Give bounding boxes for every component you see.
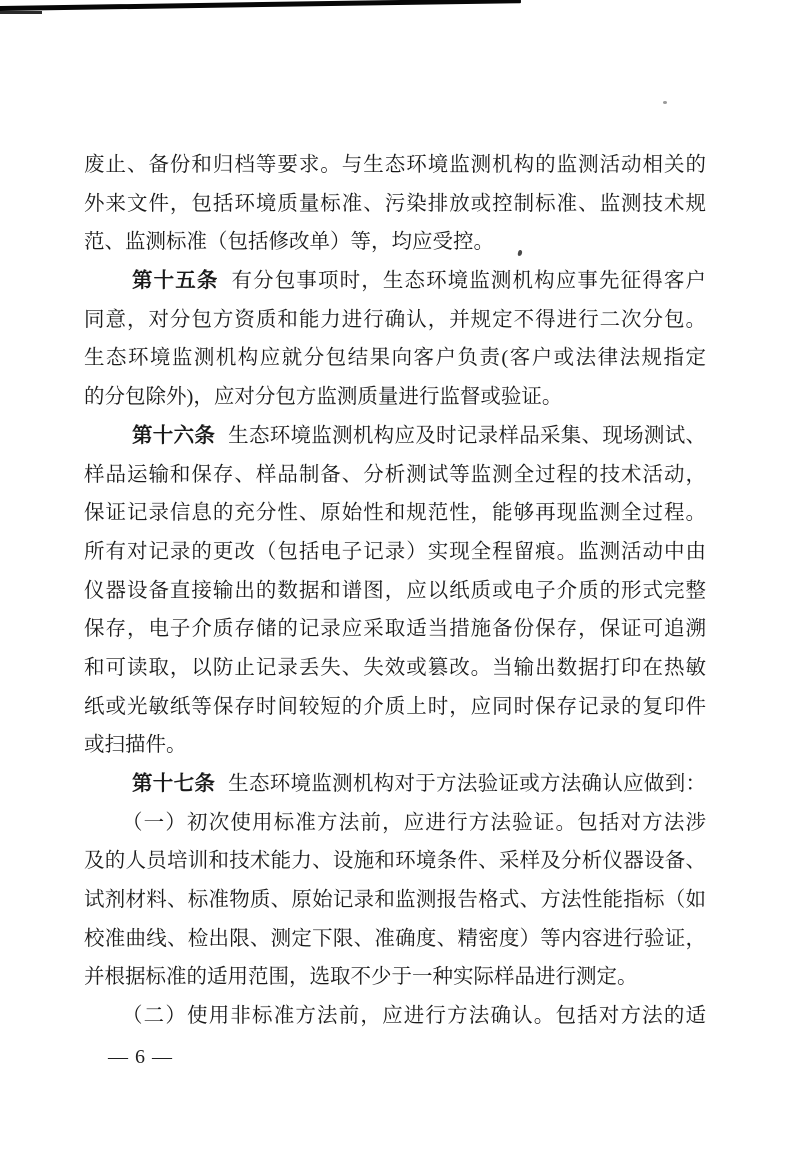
- article-line: 第十六条生态环境监测机构应及时记录样品采集、现场测试、: [84, 417, 706, 456]
- text-run: 生态环境监测机构应及时记录样品采集、现场测试、: [228, 425, 706, 447]
- text-run: 外来文件，包括环境质量标准、污染排放或控制标准、监测技术规: [84, 193, 706, 215]
- article-number-heading: 第十五条: [132, 269, 218, 292]
- text-run: 范、监测标准（包括修改单）等，均应受控。: [84, 231, 494, 253]
- text-run: （二）使用非标准方法前，应进行方法确认。包括对方法的适: [122, 1005, 706, 1027]
- scan-artifact-top-edge-line: [0, 0, 521, 10]
- text-line: 所有对记录的更改（包括电子记录）实现全程留痕。监测活动中由: [84, 533, 706, 572]
- article-number-heading: 第十七条: [132, 772, 215, 795]
- text-line: 及的人员培训和技术能力、设施和环境条件、采样及分析仪器设备、: [84, 842, 706, 881]
- text-line: 范、监测标准（包括修改单）等，均应受控。: [84, 223, 706, 262]
- text-line: （二）使用非标准方法前，应进行方法确认。包括对方法的适: [84, 997, 706, 1036]
- text-run: 样品运输和保存、样品制备、分析测试等监测全过程的技术活动，: [84, 464, 706, 486]
- text-run: 同意，对分包方资质和能力进行确认，并规定不得进行二次分包。: [84, 309, 706, 331]
- text-run: 仪器设备直接输出的数据和谱图，应以纸质或电子介质的形式完整: [84, 580, 706, 602]
- page-number: — 6 —: [108, 1044, 173, 1070]
- scan-artifact-top-edge-line-2: [0, 11, 42, 14]
- text-line: 的分包除外)，应对分包方监测质量进行监督或验证。: [84, 378, 706, 417]
- text-run: 试剂材料、标准物质、原始记录和监测报告格式、方法性能指标（如: [84, 889, 706, 911]
- text-line: 和可读取，以防止记录丢失、失效或篡改。当输出数据打印在热敏: [84, 649, 706, 688]
- text-run: 或扫描件。: [84, 734, 187, 756]
- text-run: 纸或光敏纸等保存时间较短的介质上时，应同时保存记录的复印件: [84, 696, 706, 718]
- article-line: 第十五条有分包事项时，生态环境监测机构应事先征得客户: [84, 262, 706, 301]
- document-page: 废止、备份和归档等要求。与生态环境监测机构的监测活动相关的外来文件，包括环境质量…: [0, 0, 800, 1170]
- text-line: 同意，对分包方资质和能力进行确认，并规定不得进行二次分包。: [84, 301, 706, 340]
- scan-artifact-speck: [663, 101, 667, 104]
- text-run: 废止、备份和归档等要求。与生态环境监测机构的监测活动相关的: [84, 154, 706, 176]
- text-run: 生态环境监测机构应就分包结果向客户负责(客户或法律法规指定: [84, 347, 706, 369]
- text-line: 保存，电子介质存储的记录应采取适当措施备份保存，保证可追溯: [84, 610, 706, 649]
- text-line: 纸或光敏纸等保存时间较短的介质上时，应同时保存记录的复印件: [84, 688, 706, 727]
- text-run: 和可读取，以防止记录丢失、失效或篡改。当输出数据打印在热敏: [84, 657, 706, 679]
- text-line: 或扫描件。: [84, 726, 706, 765]
- text-line: 样品运输和保存、样品制备、分析测试等监测全过程的技术活动，: [84, 456, 706, 495]
- text-line: 仪器设备直接输出的数据和谱图，应以纸质或电子介质的形式完整: [84, 572, 706, 611]
- text-run: 及的人员培训和技术能力、设施和环境条件、采样及分析仪器设备、: [84, 850, 706, 872]
- article-line: 第十七条生态环境监测机构对于方法验证或方法确认应做到：: [84, 765, 706, 804]
- article-number-heading: 第十六条: [132, 424, 215, 447]
- text-run: 保证记录信息的充分性、原始性和规范性，能够再现监测全过程。: [84, 502, 706, 524]
- text-line: 生态环境监测机构应就分包结果向客户负责(客户或法律法规指定: [84, 339, 706, 378]
- document-body: 废止、备份和归档等要求。与生态环境监测机构的监测活动相关的外来文件，包括环境质量…: [84, 146, 706, 1036]
- text-line: 校准曲线、检出限、测定下限、准确度、精密度）等内容进行验证，: [84, 920, 706, 959]
- text-line: 废止、备份和归档等要求。与生态环境监测机构的监测活动相关的: [84, 146, 706, 185]
- text-line: 保证记录信息的充分性、原始性和规范性，能够再现监测全过程。: [84, 494, 706, 533]
- text-run: 校准曲线、检出限、测定下限、准确度、精密度）等内容进行验证，: [84, 928, 706, 950]
- text-run: 生态环境监测机构对于方法验证或方法确认应做到：: [228, 773, 706, 795]
- text-line: （一）初次使用标准方法前，应进行方法验证。包括对方法涉: [84, 804, 706, 843]
- text-run: 所有对记录的更改（包括电子记录）实现全程留痕。监测活动中由: [84, 541, 706, 563]
- text-line: 试剂材料、标准物质、原始记录和监测报告格式、方法性能指标（如: [84, 881, 706, 920]
- text-line: 并根据标准的适用范围，选取不少于一种实际样品进行测定。: [84, 958, 706, 997]
- text-run: 有分包事项时，生态环境监测机构应事先征得客户: [231, 270, 706, 292]
- text-run: 并根据标准的适用范围，选取不少于一种实际样品进行测定。: [84, 966, 638, 988]
- text-run: 保存，电子介质存储的记录应采取适当措施备份保存，保证可追溯: [84, 618, 706, 640]
- text-run: 的分包除外)，应对分包方监测质量进行监督或验证。: [84, 386, 562, 408]
- text-line: 外来文件，包括环境质量标准、污染排放或控制标准、监测技术规: [84, 185, 706, 224]
- text-run: （一）初次使用标准方法前，应进行方法验证。包括对方法涉: [122, 812, 706, 834]
